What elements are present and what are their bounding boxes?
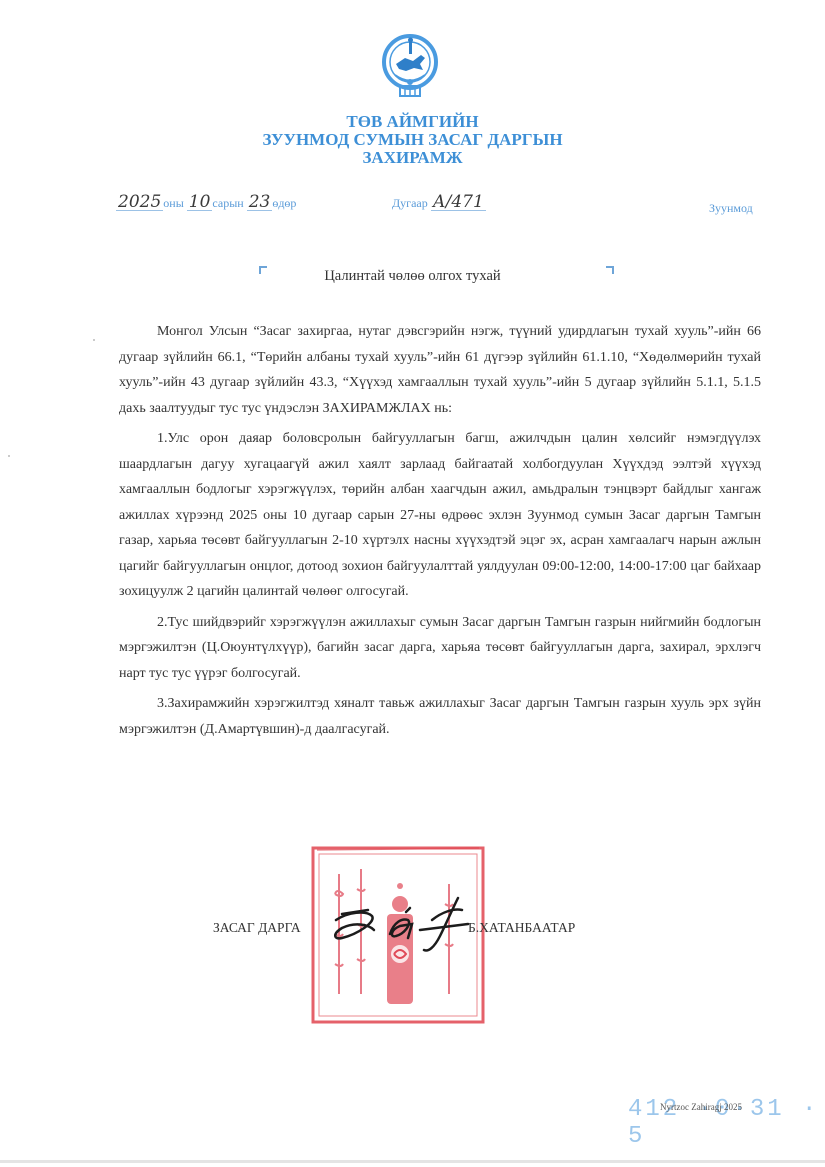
- header-governor-office: ЗУУНМОД СУМЫН ЗАСАГ ДАРГЫН: [0, 131, 825, 149]
- signatory-name: Б.ХАТАНБААТАР: [468, 920, 575, 936]
- mongolia-state-emblem-icon: [365, 28, 455, 104]
- date-day-suffix: өдөр: [272, 196, 296, 210]
- date-month-suffix: сарын: [212, 196, 243, 210]
- document-subject: Цалинтай чөлөө олгох тухай: [0, 268, 825, 285]
- order-item-3: 3.Захирамжийн хэрэгжилтэд хяналт тавьж а…: [119, 691, 761, 742]
- scan-speck: [93, 339, 95, 341]
- handwritten-signature-icon: [328, 890, 478, 960]
- number-value: А/471: [431, 194, 486, 211]
- document-place: Зуунмод: [709, 201, 753, 216]
- header-document-type: ЗАХИРАМЖ: [0, 149, 825, 167]
- date-year: 2025: [116, 194, 163, 211]
- document-date: 2025оны 10сарын 23өдөр: [116, 194, 296, 211]
- date-year-suffix: оны: [163, 196, 183, 210]
- header-province: ТӨВ АЙМГИЙН: [0, 113, 825, 131]
- order-item-2: 2.Тус шийдвэрийг хэрэгжүүлэн ажиллахыг с…: [119, 610, 761, 687]
- state-emblem: [365, 28, 455, 104]
- signatory-title: ЗАСАГ ДАРГА: [213, 920, 301, 936]
- page-bottom-edge: [0, 1160, 825, 1163]
- date-month: 10: [187, 194, 213, 211]
- preamble-paragraph: Монгол Улсын “Засаг захиргаа, нутаг дэвс…: [119, 319, 761, 421]
- number-label: Дугаар: [392, 196, 428, 210]
- document-number: Дугаар А/471: [392, 194, 486, 211]
- scan-speck: [8, 455, 10, 457]
- date-day: 23: [247, 194, 273, 211]
- order-item-1: 1.Улс орон даяар боловсролын байгууллагы…: [119, 426, 761, 605]
- footer-note: Nyrtzoc Zahiragj 2025: [660, 1102, 742, 1112]
- signature: [328, 890, 478, 960]
- document-body: Монгол Улсын “Засаг захиргаа, нутаг дэвс…: [119, 319, 761, 742]
